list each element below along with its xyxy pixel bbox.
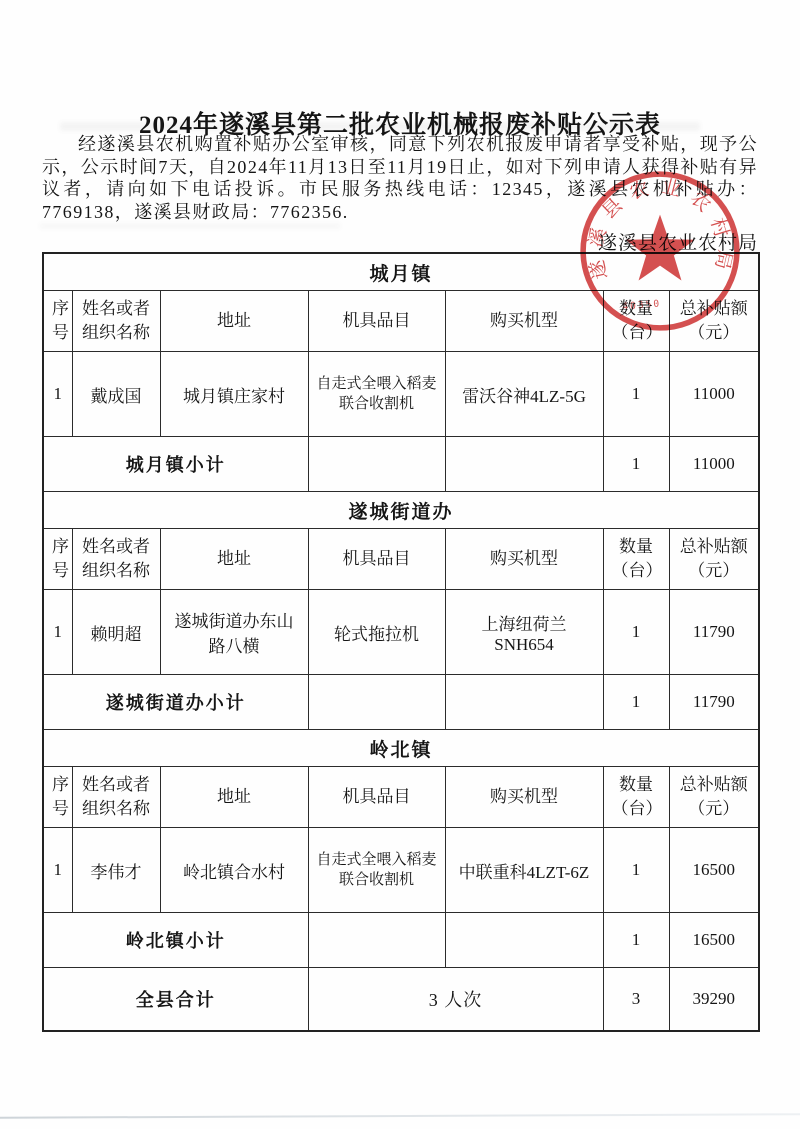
col-header-qty-line1: 数量 xyxy=(612,773,661,797)
col-header-seq: 序号 xyxy=(43,767,72,828)
col-header-qty-line2: （台） xyxy=(612,797,661,821)
section-title: 遂城街道办 xyxy=(43,492,759,529)
col-header-seq-line1: 序 xyxy=(52,297,64,321)
subtotal-empty-model xyxy=(445,675,603,730)
col-header-qty-line1: 数量 xyxy=(612,535,661,559)
grand-total-amount: 39290 xyxy=(669,968,759,1032)
col-header-amount-line2: （元） xyxy=(678,321,751,345)
grand-total-label: 全县合计 xyxy=(43,968,308,1032)
col-header-item: 机具品目 xyxy=(308,291,445,352)
column-header-row: 序号 姓名或者组织名称 地址 机具品目 购买机型 数量（台） 总补贴额（元） xyxy=(43,529,759,590)
scanned-page: 2024年遂溪县第二批农业机械报废补贴公示表 经遂溪县农机购置补贴办公室审核，同… xyxy=(0,0,800,1129)
cell-qty: 1 xyxy=(603,352,669,437)
section-title-row: 遂城街道办 xyxy=(43,492,759,529)
col-header-seq-line2: 号 xyxy=(52,797,64,821)
col-header-amount: 总补贴额（元） xyxy=(669,529,759,590)
cell-amount: 11000 xyxy=(669,352,759,437)
col-header-amount-line1: 总补贴额 xyxy=(678,297,751,321)
col-header-name-line1: 姓名或者 xyxy=(81,535,152,559)
col-header-seq-line2: 号 xyxy=(52,559,64,583)
subtotal-empty-model xyxy=(445,913,603,968)
col-header-address: 地址 xyxy=(160,291,308,352)
cell-item: 自走式全喂入稻麦联合收割机 xyxy=(308,352,445,437)
col-header-name: 姓名或者组织名称 xyxy=(72,529,160,590)
cell-name: 李伟才 xyxy=(72,828,160,913)
subtotal-amount: 16500 xyxy=(669,913,759,968)
cell-qty: 1 xyxy=(603,828,669,913)
col-header-amount-line1: 总补贴额 xyxy=(678,535,751,559)
col-header-qty-line1: 数量 xyxy=(612,297,661,321)
col-header-name: 姓名或者组织名称 xyxy=(72,291,160,352)
section-title: 岭北镇 xyxy=(43,730,759,767)
cell-address: 城月镇庄家村 xyxy=(160,352,308,437)
subtotal-empty-item xyxy=(308,675,445,730)
col-header-qty-line2: （台） xyxy=(612,321,661,345)
cell-name: 戴成国 xyxy=(72,352,160,437)
subsidy-table: 城月镇 序号 姓名或者组织名称 地址 机具品目 购买机型 数量（台） 总补贴额（… xyxy=(42,252,760,1032)
col-header-name-line2: 组织名称 xyxy=(81,321,152,345)
subtotal-label: 遂城街道办小计 xyxy=(43,675,308,730)
col-header-item: 机具品目 xyxy=(308,529,445,590)
subtotal-row: 遂城街道办小计 1 11790 xyxy=(43,675,759,730)
cell-seq: 1 xyxy=(43,352,72,437)
table-row: 1 赖明超 遂城街道办东山路八横 轮式拖拉机 上海纽荷兰SNH654 1 117… xyxy=(43,590,759,675)
cell-model: 上海纽荷兰SNH654 xyxy=(445,590,603,675)
grand-total-qty: 3 xyxy=(603,968,669,1032)
col-header-amount: 总补贴额（元） xyxy=(669,291,759,352)
subtotal-row: 岭北镇小计 1 16500 xyxy=(43,913,759,968)
col-header-qty: 数量（台） xyxy=(603,767,669,828)
cell-address: 岭北镇合水村 xyxy=(160,828,308,913)
col-header-address: 地址 xyxy=(160,767,308,828)
cell-model: 雷沃谷神4LZ-5G xyxy=(445,352,603,437)
col-header-name-line1: 姓名或者 xyxy=(81,773,152,797)
subtotal-empty-item xyxy=(308,913,445,968)
cell-item: 自走式全喂入稻麦联合收割机 xyxy=(308,828,445,913)
subtotal-qty: 1 xyxy=(603,437,669,492)
col-header-qty: 数量（台） xyxy=(603,529,669,590)
col-header-qty: 数量（台） xyxy=(603,291,669,352)
subtotal-label: 岭北镇小计 xyxy=(43,913,308,968)
subtotal-qty: 1 xyxy=(603,913,669,968)
col-header-model: 购买机型 xyxy=(445,291,603,352)
cell-qty: 1 xyxy=(603,590,669,675)
col-header-seq-line1: 序 xyxy=(52,535,64,559)
col-header-item: 机具品目 xyxy=(308,767,445,828)
col-header-model: 购买机型 xyxy=(445,767,603,828)
cell-seq: 1 xyxy=(43,828,72,913)
cell-model: 中联重科4LZT-6Z xyxy=(445,828,603,913)
col-header-amount-line2: （元） xyxy=(678,797,751,821)
col-header-amount-line2: （元） xyxy=(678,559,751,583)
cell-amount: 16500 xyxy=(669,828,759,913)
col-header-seq-line2: 号 xyxy=(52,321,64,345)
column-header-row: 序号 姓名或者组织名称 地址 机具品目 购买机型 数量（台） 总补贴额（元） xyxy=(43,767,759,828)
subtotal-amount: 11790 xyxy=(669,675,759,730)
cell-amount: 11790 xyxy=(669,590,759,675)
cell-name: 赖明超 xyxy=(72,590,160,675)
subtotal-empty-item xyxy=(308,437,445,492)
subtotal-label: 城月镇小计 xyxy=(43,437,308,492)
subtotal-qty: 1 xyxy=(603,675,669,730)
col-header-address: 地址 xyxy=(160,529,308,590)
col-header-seq: 序号 xyxy=(43,529,72,590)
col-header-seq-line1: 序 xyxy=(52,773,64,797)
grand-total-row: 全县合计 3 人次 3 39290 xyxy=(43,968,759,1032)
col-header-name-line1: 姓名或者 xyxy=(81,297,152,321)
col-header-qty-line2: （台） xyxy=(612,559,661,583)
col-header-name-line2: 组织名称 xyxy=(81,559,152,583)
col-header-name: 姓名或者组织名称 xyxy=(72,767,160,828)
table-row: 1 李伟才 岭北镇合水村 自走式全喂入稻麦联合收割机 中联重科4LZT-6Z 1… xyxy=(43,828,759,913)
cell-item: 轮式拖拉机 xyxy=(308,590,445,675)
section-title-row: 城月镇 xyxy=(43,253,759,291)
section-title: 城月镇 xyxy=(43,253,759,291)
table-row: 1 戴成国 城月镇庄家村 自走式全喂入稻麦联合收割机 雷沃谷神4LZ-5G 1 … xyxy=(43,352,759,437)
issuer-name: 遂溪县农业农村局 xyxy=(42,228,758,255)
col-header-amount: 总补贴额（元） xyxy=(669,767,759,828)
subtotal-empty-model xyxy=(445,437,603,492)
grand-total-count: 3 人次 xyxy=(308,968,603,1032)
cell-seq: 1 xyxy=(43,590,72,675)
col-header-amount-line1: 总补贴额 xyxy=(678,773,751,797)
subtotal-row: 城月镇小计 1 11000 xyxy=(43,437,759,492)
col-header-name-line2: 组织名称 xyxy=(81,797,152,821)
col-header-seq: 序号 xyxy=(43,291,72,352)
cell-address: 遂城街道办东山路八横 xyxy=(160,590,308,675)
section-title-row: 岭北镇 xyxy=(43,730,759,767)
column-header-row: 序号 姓名或者组织名称 地址 机具品目 购买机型 数量（台） 总补贴额（元） xyxy=(43,291,759,352)
col-header-model: 购买机型 xyxy=(445,529,603,590)
intro-paragraph: 经遂溪县农机购置补贴办公室审核，同意下列农机报废申请者享受补贴，现予公示，公示时… xyxy=(42,133,758,223)
scan-edge-line xyxy=(0,1113,800,1118)
subtotal-amount: 11000 xyxy=(669,437,759,492)
